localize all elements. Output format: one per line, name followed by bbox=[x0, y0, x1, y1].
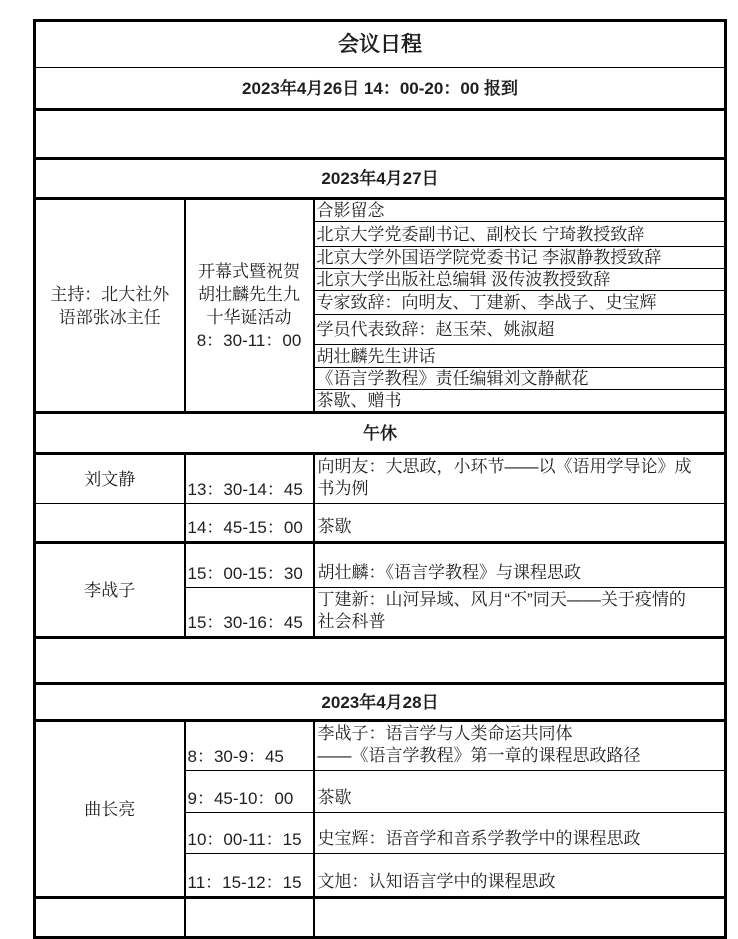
session-content: 史宝辉：语音学和音系学教学中的课程思政 bbox=[314, 813, 726, 854]
session-content: 茶歇 bbox=[314, 771, 726, 813]
session-time: 15：30-16：45 bbox=[185, 588, 314, 638]
session-content: 向明友：大思政，小环节——以《语用学导论》成 书为例 bbox=[314, 454, 726, 504]
session-content: 茶歇 bbox=[314, 504, 726, 543]
opening-item: 北京大学党委副书记、副校长 宁琦教授致辞 bbox=[314, 222, 726, 247]
session-host-cell: 刘文静 bbox=[35, 454, 185, 504]
opening-item: 专家致辞：向明友、丁建新、李战子、史宝辉 bbox=[314, 291, 726, 315]
session-time: 10：00-11：15 bbox=[185, 813, 314, 854]
opening-item: 北京大学出版社总编辑 汲传波教授致辞 bbox=[314, 269, 726, 291]
empty-row bbox=[35, 638, 726, 684]
opening-ceremony-cell: 开幕式暨祝贺 胡壮麟先生九 十华诞活动 8：30-11：00 bbox=[185, 199, 314, 413]
opening-item: 茶歇、赠书 bbox=[314, 390, 726, 413]
session-content: 文旭：认知语言学中的课程思政 bbox=[314, 854, 726, 877]
empty-row bbox=[35, 110, 726, 159]
session-time: 11：15-12：15 bbox=[185, 854, 314, 877]
conference-schedule-table: 会议日程 2023年4月26日 14：00-20：00 报到 2023年4月27… bbox=[33, 19, 727, 876]
date-row-april-27: 2023年4月27日 bbox=[35, 159, 726, 199]
session-time: 13：30-14：45 bbox=[185, 454, 314, 504]
day28-host-cell: 曲长亮 bbox=[35, 721, 185, 877]
session-time: 8：30-9：45 bbox=[185, 721, 314, 771]
session-time: 15：00-15：30 bbox=[185, 543, 314, 588]
session-content: 胡壮麟：《语言学教程》与课程思政 bbox=[314, 543, 726, 588]
registration-row: 2023年4月26日 14：00-20：00 报到 bbox=[35, 68, 726, 110]
day27-host-cell: 主持：北大社外 语部张冰主任 bbox=[35, 199, 185, 413]
date-row-april-28: 2023年4月28日 bbox=[35, 684, 726, 721]
opening-item: 北京大学外国语学院党委书记 李淑静教授致辞 bbox=[314, 247, 726, 269]
session-content: 丁建新：山河异域、风月“不”同天——关于疫情的 社会科普 bbox=[314, 588, 726, 638]
lunch-break-row: 午休 bbox=[35, 413, 726, 454]
opening-item: 胡壮麟先生讲话 bbox=[314, 345, 726, 368]
opening-item: 学员代表致辞：赵玉荣、姚淑超 bbox=[314, 315, 726, 345]
opening-item: 合影留念 bbox=[314, 199, 726, 222]
opening-item: 《语言学教程》责任编辑刘文静献花 bbox=[314, 368, 726, 390]
empty-host-cell bbox=[35, 504, 185, 543]
session-host-cell: 李战子 bbox=[35, 543, 185, 638]
session-time: 14：45-15：00 bbox=[185, 504, 314, 543]
page-title: 会议日程 bbox=[35, 21, 726, 68]
session-content: 李战子：语言学与人类命运共同体 ——《语言学教程》第一章的课程思政路径 bbox=[314, 721, 726, 771]
session-time: 9：45-10：00 bbox=[185, 771, 314, 813]
